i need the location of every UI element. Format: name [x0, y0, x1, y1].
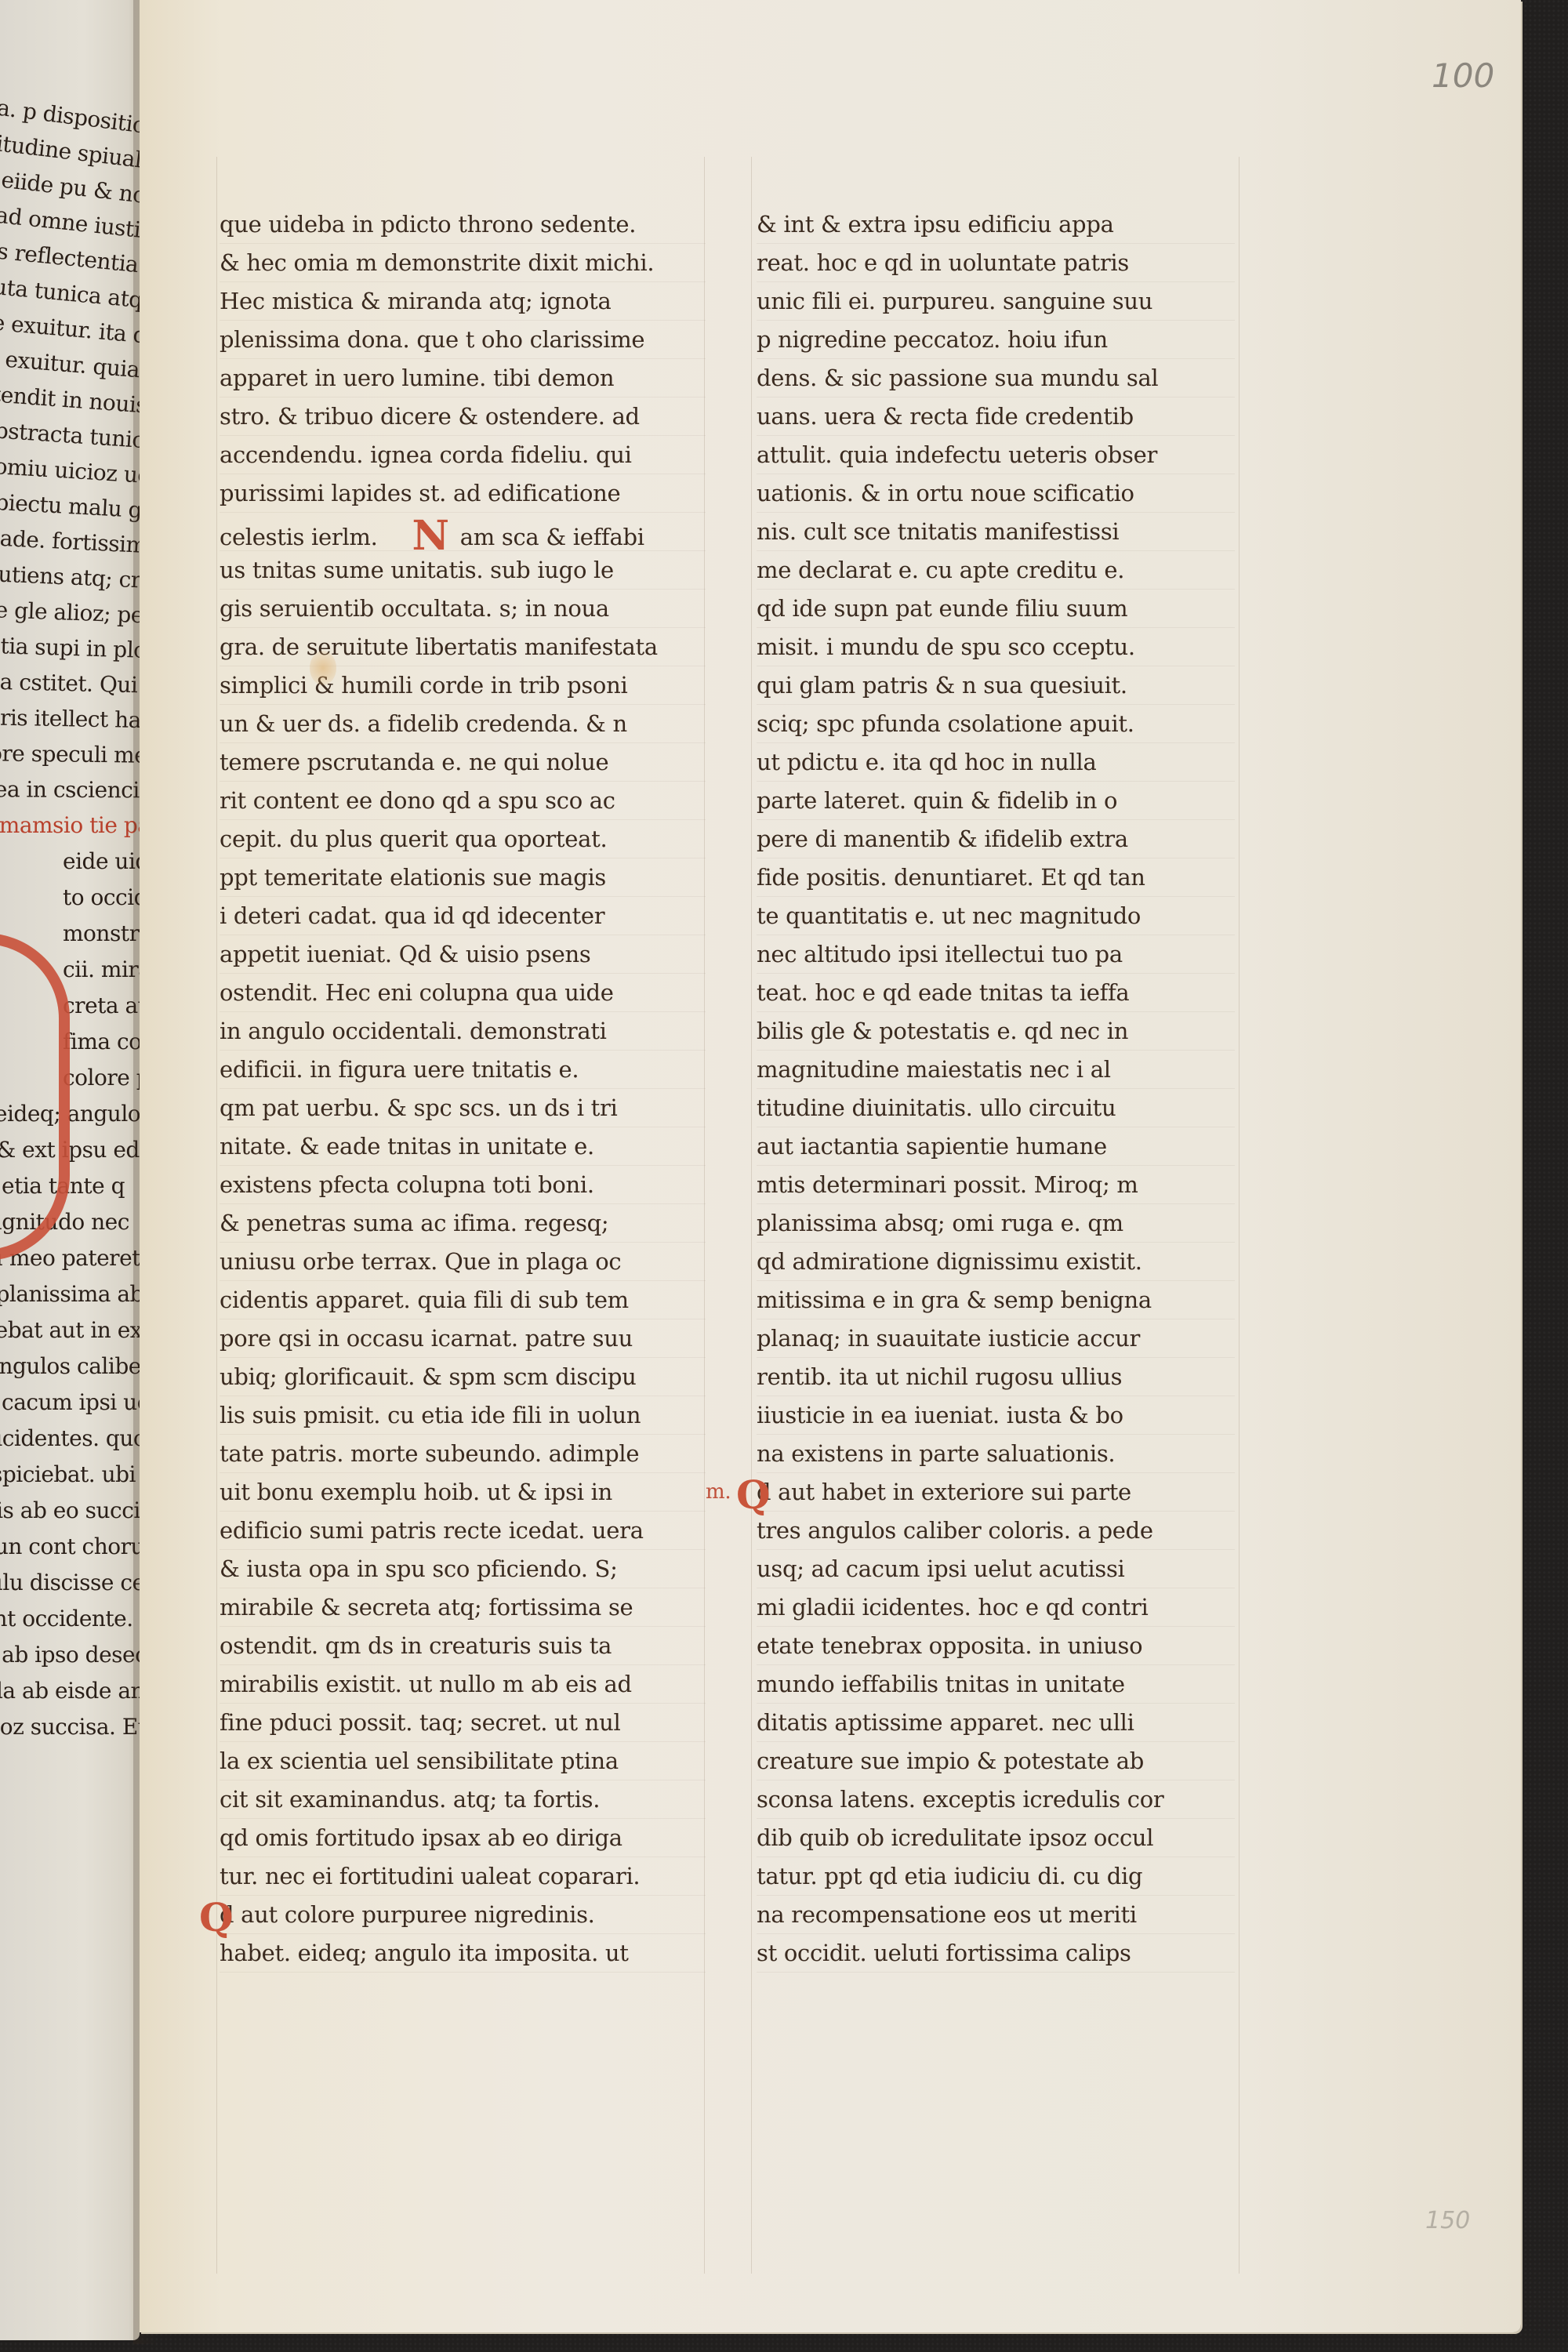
left-page-line: more speculi mei: [0, 735, 140, 774]
manuscript-line: uans. uera & recta fide credentib: [757, 397, 1235, 436]
manuscript-line: qd omis fortitudo ipsax ab eo diriga: [220, 1819, 706, 1857]
manuscript-line: attulit. quia indefectu ueteris obser: [757, 436, 1235, 474]
manuscript-line: nec altitudo ipsi itellectui tuo pa: [757, 935, 1235, 974]
left-page-line: to occident: [0, 880, 140, 916]
manuscript-line: sconsa latens. exceptis icredulis cor: [757, 1780, 1235, 1819]
manuscript-line: misit. i mundu de spu sco cceptu.: [757, 628, 1235, 666]
manuscript-line: mirabilis existit. ut nullo m ab eis ad: [220, 1665, 706, 1704]
line-text: am sca & ieffabi: [460, 524, 644, 550]
manuscript-line: tres angulos caliber coloris. a pede: [757, 1512, 1235, 1550]
manuscript-line: dens. & sic passione sua mundu sal: [757, 359, 1235, 397]
manuscript-line: lis suis pmisit. cu etia ide fili in uol…: [220, 1396, 706, 1435]
manuscript-line: edificio sumi patris recte icedat. uera: [220, 1512, 706, 1550]
manuscript-line: magnitudine maiestatis nec i al: [757, 1051, 1235, 1089]
manuscript-line: ut pdictu e. ita qd hoc in nulla: [757, 743, 1235, 782]
manuscript-line: na existens in parte saluationis.: [757, 1435, 1235, 1473]
manuscript-line: ostendit. qm ds in creaturis suis ta: [220, 1627, 706, 1665]
left-page-line: s angulos caliber: [0, 1348, 140, 1385]
manuscript-line: st occidit. ueluti fortissima calips: [757, 1934, 1235, 1973]
manuscript-line: Hec mistica & miranda atq; ignota: [220, 282, 706, 321]
left-page-line: unis ab eo succisu: [0, 1493, 140, 1529]
manuscript-line: te quantitatis e. ut nec magnitudo: [757, 897, 1235, 935]
manuscript-line: fide positis. denuntiaret. Et qd tan: [757, 858, 1235, 897]
manuscript-line: tur. nec ei fortitudini ualeat coparari.: [220, 1857, 706, 1896]
manuscript-line: edificii. in figura uere tnitatis e.: [220, 1051, 706, 1089]
manuscript-line: celestis ierlm.Nam sca & ieffabi: [220, 513, 706, 551]
manuscript-line: Qd aut habet in exteriore sui parte: [757, 1473, 1235, 1512]
left-page-line: di icidentes. quoz: [0, 1421, 140, 1457]
manuscript-line: uniusu orbe terrax. Que in plaga oc: [220, 1243, 706, 1281]
manuscript-line: appetit iueniat. Qd & uisio psens: [220, 935, 706, 974]
red-initial-decorated: [0, 933, 70, 1261]
manuscript-line: rit content ee dono qd a spu sco ac: [220, 782, 706, 820]
manuscript-line: un & uer ds. a fidelib credenda. & n: [220, 705, 706, 743]
manuscript-line: mundo ieffabilis tnitas in unitate: [757, 1665, 1235, 1704]
manuscript-line: unic fili ei. purpureu. sanguine suu: [757, 282, 1235, 321]
left-page-line: cont occidente. i pl: [0, 1601, 140, 1637]
manuscript-line: bilis gle & potestatis e. qd nec in: [757, 1012, 1235, 1051]
manuscript-line: simplici & humili corde in trib psoni: [220, 666, 706, 705]
manuscript-line: ppt temeritate elationis sue magis: [220, 858, 706, 897]
bottom-pencil-mark: 150: [1425, 2207, 1470, 2234]
left-page-line: rtoris itellect hab: [0, 699, 140, 739]
manuscript-line: qm pat uerbu. & spc scs. un ds i tri: [220, 1089, 706, 1127]
manuscript-line: tate patris. morte subeundo. adimple: [220, 1435, 706, 1473]
manuscript-line: & iusta opa in spu sco pficiendo. S;: [220, 1550, 706, 1588]
ruling-line: [1239, 157, 1240, 2274]
manuscript-line: me declarat e. cu apte creditu e.: [757, 551, 1235, 590]
manuscript-line: p nigredine peccatoz. hoiu ifun: [757, 321, 1235, 359]
manuscript-line: creature sue impio & potestate ab: [757, 1742, 1235, 1780]
manuscript-line: purissimi lapides st. ad edificatione: [220, 474, 706, 513]
manuscript-line: sciq; spc pfunda csolatione apuit.: [757, 705, 1235, 743]
left-page-text: ntia. p dispositione dialtitudine spiual…: [0, 86, 140, 1745]
manuscript-line: titudine diuinitatis. ullo circuitu: [757, 1089, 1235, 1127]
manuscript-line: na recompensatione eos ut meriti: [757, 1896, 1235, 1934]
manuscript-line: rentib. ita ut nichil rugosu ullius: [757, 1358, 1235, 1396]
left-page-line: respiciebat. ubi p: [0, 1457, 140, 1493]
manuscript-line: & hec omia m demonstrite dixit michi.: [220, 244, 706, 282]
manuscript-line: mitissima e in gra & semp benigna: [757, 1281, 1235, 1319]
manuscript-line: uationis. & in ortu noue scificatio: [757, 474, 1235, 513]
text-column-right: & int & extra ipsu edificiu appareat. ho…: [757, 205, 1235, 1973]
manuscript-line: planaq; in suauitate iusticie accur: [757, 1319, 1235, 1358]
manuscript-line: tatur. ppt qd etia iudiciu di. cu dig: [757, 1857, 1235, 1896]
text-column-left: que uideba in pdicto throno sedente.& he…: [220, 205, 706, 1973]
left-page-line: & ea in csciencia: [0, 771, 140, 808]
manuscript-line: reat. hoc e qd in uoluntate patris: [757, 244, 1235, 282]
manuscript-line: aut iactantia sapientie humane: [757, 1127, 1235, 1166]
manuscript-line: cepit. du plus querit qua oporteat.: [220, 820, 706, 858]
manuscript-line: la ex scientia uel sensibilitate ptina: [220, 1742, 706, 1780]
manuscript-line: plenissima dona. que t oho clarissime: [220, 321, 706, 359]
left-page-line: p ulu discisse ceci: [0, 1565, 140, 1601]
manuscript-line: que uideba in pdicto throno sedente.: [220, 205, 706, 244]
folio-number: 100: [1432, 56, 1494, 95]
left-page-line: m planissima ab: [0, 1276, 140, 1312]
manuscript-line: & int & extra ipsu edificiu appa: [757, 205, 1235, 244]
margin-note: m.: [706, 1473, 731, 1511]
manuscript-line: nis. cult sce tnitatis manifestissi: [757, 513, 1235, 551]
manuscript-line: ubiq; glorificauit. & spm scm discipu: [220, 1358, 706, 1396]
left-page-line: ipsa cstitet. Qui au: [0, 663, 140, 704]
line-text: d aut habet in exteriore sui parte: [757, 1479, 1131, 1505]
manuscript-line: cidentis apparet. quia fili di sub tem: [220, 1281, 706, 1319]
manuscript-line: fine pduci possit. taq; secret. ut nul: [220, 1704, 706, 1742]
manuscript-line: qd ide supn pat eunde filiu suum: [757, 590, 1235, 628]
line-text: d aut colore purpuree nigredinis.: [220, 1901, 595, 1928]
manuscript-line: pore qsi in occasu icarnat. patre suu: [220, 1319, 706, 1358]
manuscript-line: stro. & tribuo dicere & ostendere. ad: [220, 397, 706, 436]
manuscript-line: gra. de seruitute libertatis manifestata: [220, 628, 706, 666]
manuscript-line: uit bonu exemplu hoib. ut & ipsi inm.: [220, 1473, 706, 1512]
left-page-verso: ntia. p dispositione dialtitudine spiual…: [0, 0, 140, 2340]
manuscript-line: ostendit. Hec eni colupna qua uide: [220, 974, 706, 1012]
left-page-line: & un cont choru: [0, 1529, 140, 1565]
manuscript-line: mirabile & secreta atq; fortissima se: [220, 1588, 706, 1627]
manuscript-line: iiusticie in ea iueniat. iusta & bo: [757, 1396, 1235, 1435]
left-page-line: ipsoz succisa. Et: [0, 1709, 140, 1745]
manuscript-line: parte lateret. quin & fidelib in o: [757, 782, 1235, 820]
manuscript-line: apparet in uero lumine. tibi demon: [220, 359, 706, 397]
manuscript-line: usq; ad cacum ipsi uelut acutissi: [757, 1550, 1235, 1588]
manuscript-line: in angulo occidentali. demonstrati: [220, 1012, 706, 1051]
manuscript-line: nitate. & eade tnitas in unitate e.: [220, 1127, 706, 1166]
manuscript-line: Qd aut colore purpuree nigredinis.: [220, 1896, 706, 1934]
left-page-line: gula ab eisde ang: [0, 1673, 140, 1709]
manuscript-line: habet. eideq; angulo ita imposita. ut: [220, 1934, 706, 1973]
manuscript-line: dib quib ob icredulitate ipsoz occul: [757, 1819, 1235, 1857]
manuscript-line: cit sit examinandus. atq; ta fortis.: [220, 1780, 706, 1819]
ruling-line: [751, 157, 752, 2274]
manuscript-line: temere pscrutanda e. ne qui nolue: [220, 743, 706, 782]
line-text: celestis ierlm.: [220, 524, 378, 550]
manuscript-line: mi gladii icidentes. hoc e qd contri: [757, 1588, 1235, 1627]
left-page-line: ad cacum ipsi uel: [0, 1385, 140, 1421]
manuscript-line: etate tenebrax opposita. in uniuso: [757, 1627, 1235, 1665]
manuscript-line: ditatis aptissime apparet. nec ulli: [757, 1704, 1235, 1742]
red-initial-q: Q: [199, 1899, 233, 1936]
manuscript-line: qd admiratione dignissimu existit.: [757, 1243, 1235, 1281]
manuscript-line: planissima absq; omi ruga e. qm: [757, 1204, 1235, 1243]
manuscript-line: us tnitas sume unitatis. sub iugo le: [220, 551, 706, 590]
left-page-line: na ab ipso desecta: [0, 1637, 140, 1673]
manuscript-line: gis seruientib occultata. s; in noua: [220, 590, 706, 628]
manuscript-line: pere di manentib & ifidelib extra: [757, 820, 1235, 858]
manuscript-line: & penetras suma ac ifima. regesq;: [220, 1204, 706, 1243]
red-initial-q: Q: [736, 1476, 770, 1514]
manuscript-line: i deteri cadat. qua id qd idecenter: [220, 897, 706, 935]
manuscript-line: mtis determinari possit. Miroq; m: [757, 1166, 1235, 1204]
manuscript-line: teat. hoc e qd eade tnitas ta ieffa: [757, 974, 1235, 1012]
left-page-line: eide uidi in: [0, 844, 140, 880]
left-page-line: abebat aut in ex: [0, 1312, 140, 1348]
stain-mark: [310, 651, 336, 685]
manuscript-line: existens pfecta colupna toti boni.: [220, 1166, 706, 1204]
ruling-line: [216, 157, 217, 2274]
left-page-line: ane gle alioz; pe: [0, 591, 140, 633]
left-page-line: e etia supi in ploc: [0, 627, 140, 669]
left-page-line: primamsio tie parti: [0, 808, 140, 844]
manuscript-line: accendendu. ignea corda fideliu. qui: [220, 436, 706, 474]
manuscript-line: qui glam patris & n sua quesiuit.: [757, 666, 1235, 705]
